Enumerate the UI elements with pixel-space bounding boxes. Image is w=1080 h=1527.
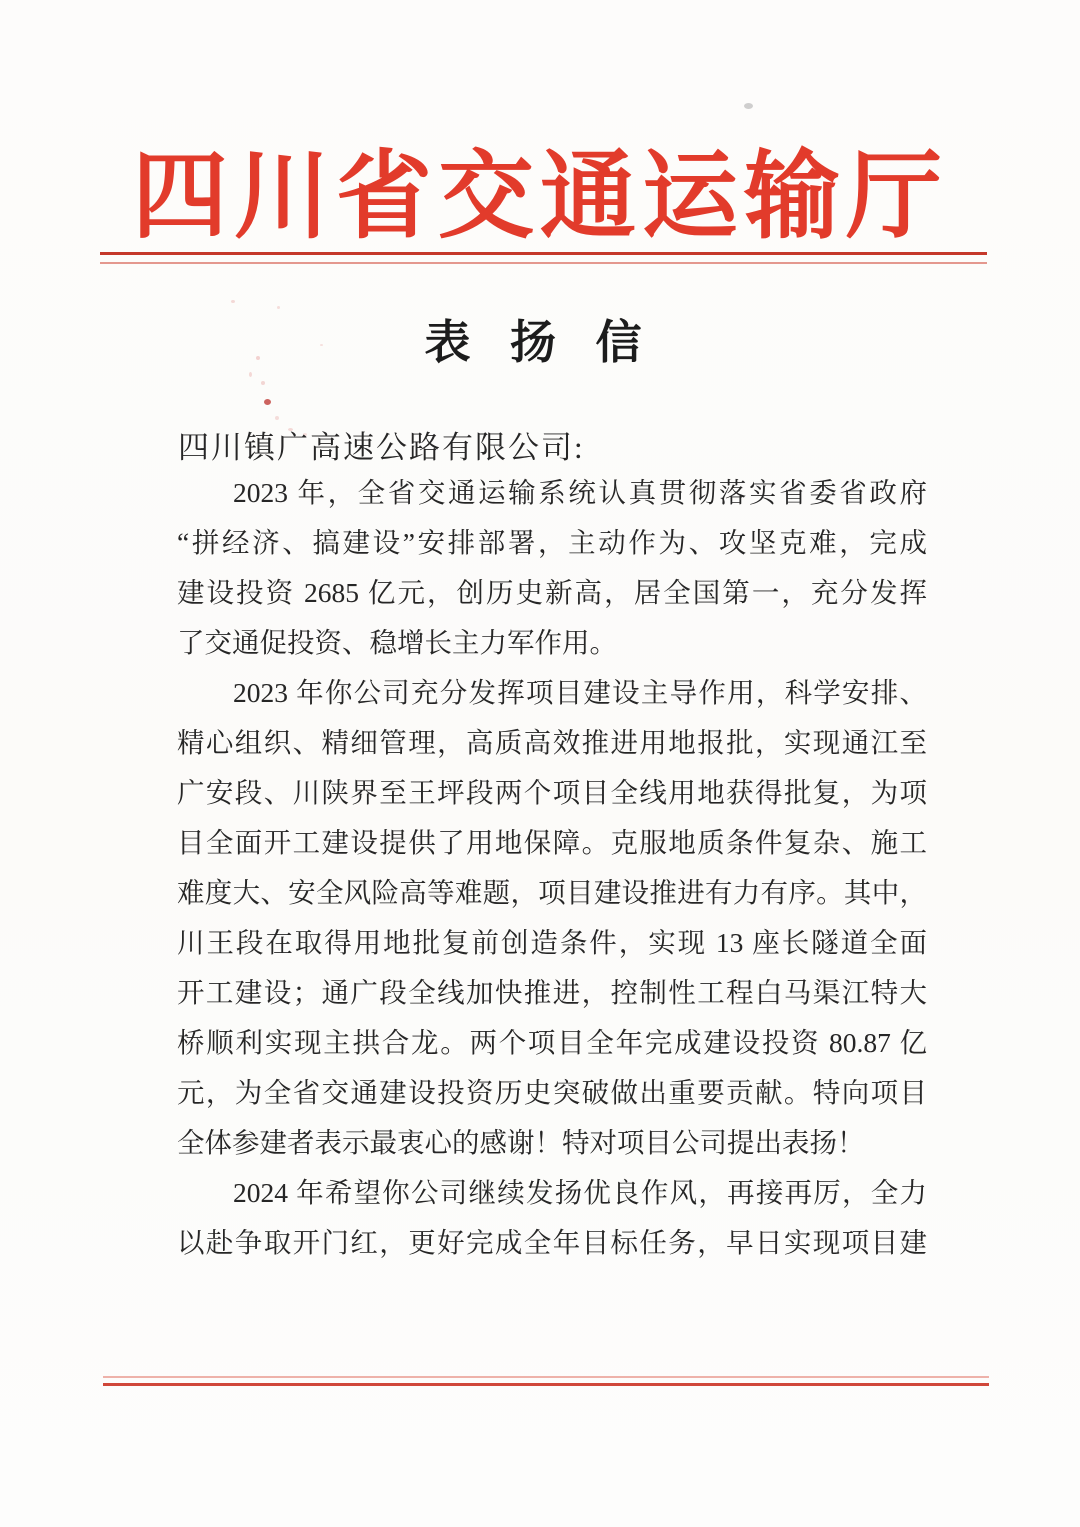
footer-rule-thick [103,1383,989,1386]
letterhead-agency-name: 四川省交通运输厅 [95,146,985,248]
letter-title: 表 扬 信 [0,306,1080,372]
footer-rule-thin [103,1376,989,1378]
body-line: 难度大、安全风险高等难题，项目建设推进有力有序。其中， [177,868,927,918]
letter-page: 四川省交通运输厅 表 扬 信 四川镇广高速公路有限公司: 2023 年，全省交通… [0,0,1080,1527]
letter-body: 2023 年，全省交通运输系统认真贯彻落实省委省政府 “拼经济、搞建设”安排部署… [177,468,927,1268]
letterhead-rule-thin [100,262,987,264]
scan-speck [744,103,753,109]
body-line: 目全面开工建设提供了用地保障。克服地质条件复杂、施工 [177,818,927,868]
body-line: 川王段在取得用地批复前创造条件，实现 13 座长隧道全面 [177,918,927,968]
salutation: 四川镇广高速公路有限公司: [178,422,585,467]
body-line: 开工建设；通广段全线加快推进，控制性工程白马渠江特大 [177,968,927,1018]
body-line: 2024 年希望你公司继续发扬优良作风，再接再厉，全力 [177,1168,927,1218]
body-line: 2023 年，全省交通运输系统认真贯彻落实省委省政府 [177,468,927,518]
body-line: 了交通促投资、稳增长主力军作用。 [177,618,927,668]
body-line: 广安段、川陕界至王坪段两个项目全线用地获得批复，为项 [177,768,927,818]
letterhead-rule-thick [100,252,987,255]
body-line: 2023 年你公司充分发挥项目建设主导作用，科学安排、 [177,668,927,718]
body-line: 桥顺利实现主拱合龙。两个项目全年完成建设投资 80.87 亿 [177,1018,927,1068]
body-line: 元，为全省交通建设投资历史突破做出重要贡献。特向项目 [177,1068,927,1118]
body-line: 以赴争取开门红，更好完成全年目标任务，早日实现项目建 [177,1218,927,1268]
body-line: 精心组织、精细管理，高质高效推进用地报批，实现通江至 [177,718,927,768]
body-line: “拼经济、搞建设”安排部署，主动作为、攻坚克难，完成 [177,518,927,568]
body-line: 建设投资 2685 亿元，创历史新高，居全国第一，充分发挥 [177,568,927,618]
body-line: 全体参建者表示最衷心的感谢！特对项目公司提出表扬！ [177,1118,927,1168]
